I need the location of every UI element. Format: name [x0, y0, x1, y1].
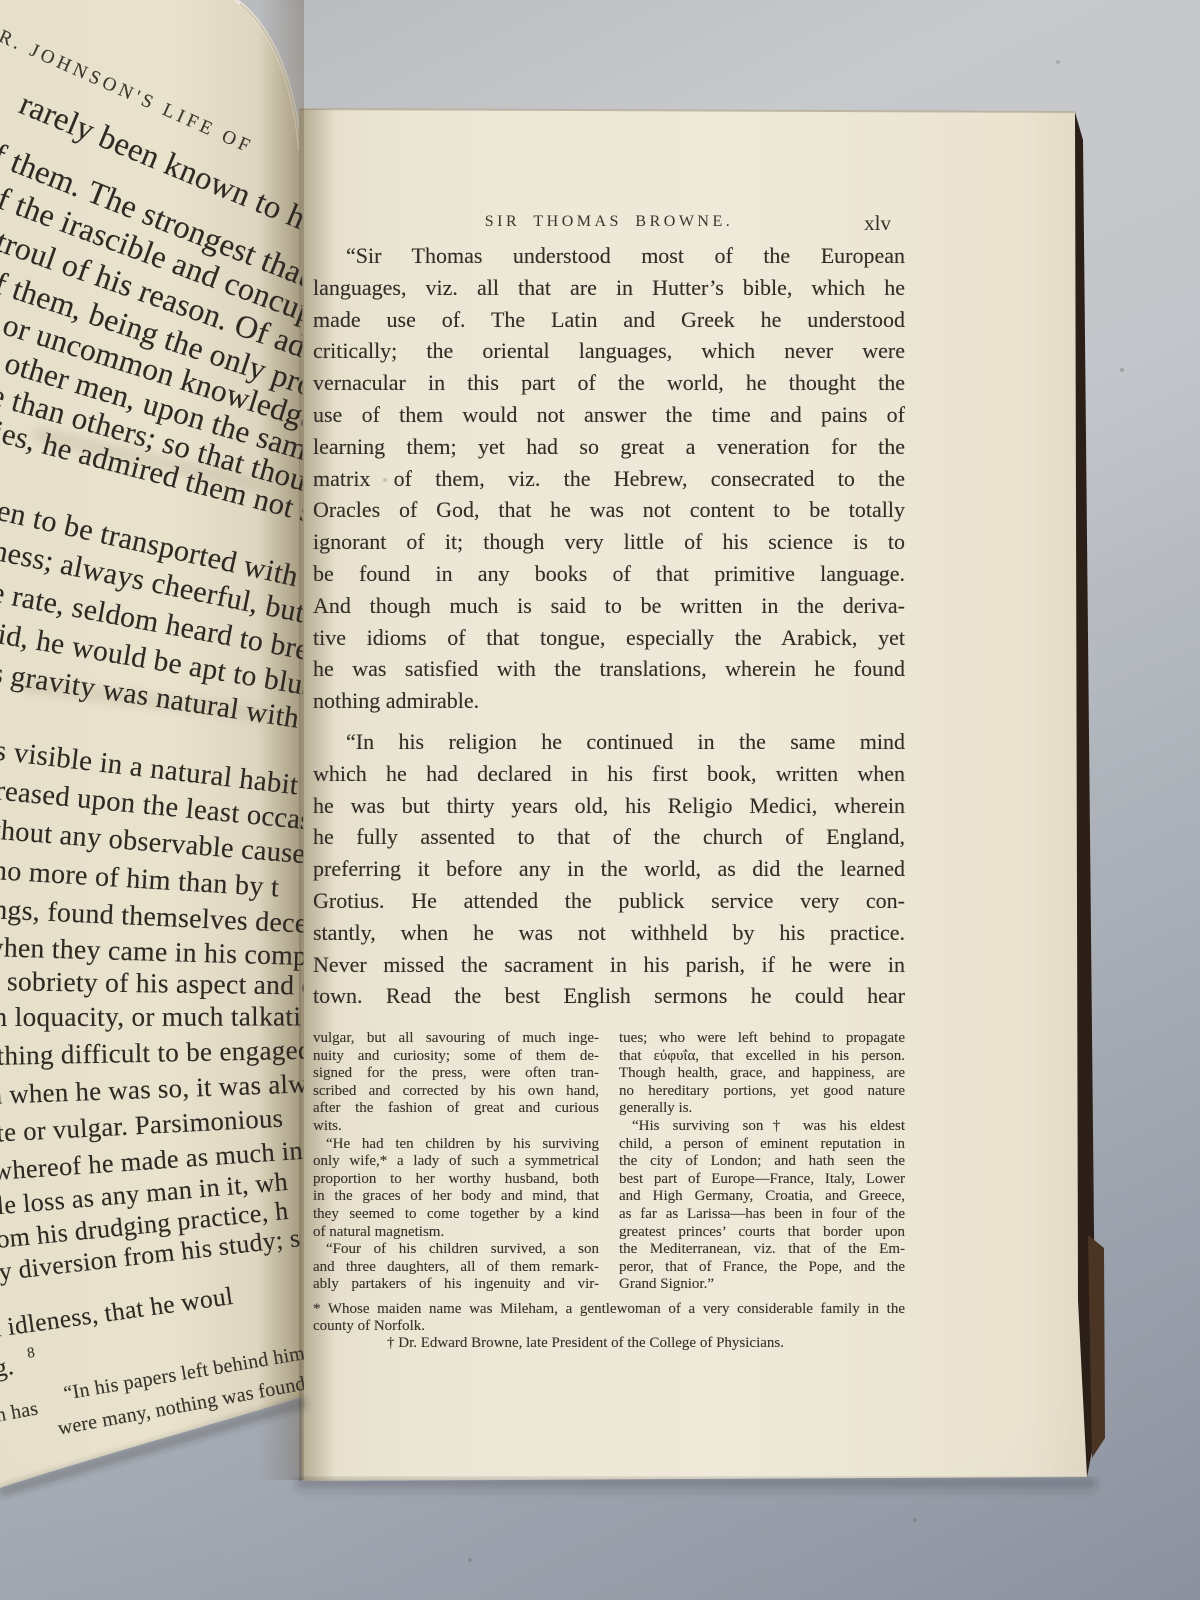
- footnote-line: “Four of his children survived, a son: [313, 1241, 599, 1259]
- footnote-line: signed for the press, were often tran-: [313, 1065, 599, 1083]
- bottom-footnote-line: county of Norfolk.: [313, 1318, 905, 1335]
- footnote-line: tues; who were left behind to propagate: [619, 1030, 905, 1048]
- footnote-line: generally is.: [619, 1100, 905, 1118]
- footnote-line: that εὐφυΐα, that excelled in his person…: [619, 1048, 905, 1066]
- left-page-line: n has: [0, 1398, 40, 1428]
- left-page-line: ething difficult to be engaged i: [0, 1034, 327, 1072]
- text-line: matrix of them, viz. the Hebrew, consecr…: [313, 463, 905, 495]
- main-text: “Sir Thomas understood most of the Europ…: [313, 240, 905, 1012]
- text-line: “Sir Thomas understood most of the Europ…: [313, 240, 905, 272]
- footnote-column-left: vulgar, but all savouring of much inge-n…: [313, 1030, 599, 1294]
- page-number: xlv: [864, 211, 891, 236]
- paragraph: “In his religion he continued in the sam…: [313, 726, 905, 1012]
- text-line: which he had declared in his first book,…: [313, 758, 905, 790]
- footnote-line: child, a person of eminent reputation in: [619, 1136, 905, 1154]
- paragraph: “Sir Thomas understood most of the Europ…: [313, 240, 905, 717]
- text-line: Oracles of God, that he was not content …: [313, 494, 905, 526]
- footnote-column-right: tues; who were left behind to propagatet…: [619, 1030, 905, 1294]
- footnote-line: ably partakers of his ingenuity and vir-: [313, 1276, 599, 1294]
- footnote-line: best part of Europe—France, Italy, Lower: [619, 1171, 905, 1189]
- footnote-line: in the graces of her body and mind, that: [313, 1188, 599, 1206]
- footnote-line: vulgar, but all savouring of much inge-: [313, 1030, 599, 1048]
- text-line: critically; the oriental languages, whic…: [313, 335, 905, 367]
- text-line: stantly, when he was not withheld by his…: [313, 917, 905, 949]
- text-line: “In his religion he continued in the sam…: [313, 726, 905, 758]
- text-line: nothing admirable.: [313, 685, 905, 717]
- text-line: preferring it before any in the world, a…: [313, 853, 905, 885]
- text-line: he was but thirty years old, his Religio…: [313, 790, 905, 822]
- footnote-line: and High Germany, Croatia, and Greece,: [619, 1188, 905, 1206]
- running-head-row: SIR THOMAS BROWNE. xlv: [313, 213, 905, 241]
- text-line: languages, viz. all that are in Hutter’s…: [313, 272, 905, 304]
- text-line: town. Read the best English sermons he c…: [313, 980, 905, 1012]
- footnote-line: Grand Signior.”: [619, 1276, 905, 1294]
- text-line: use of them would not answer the time an…: [313, 399, 905, 431]
- footnote-line: and three daughters, all of them remark-: [313, 1259, 599, 1277]
- footnote-line: the city of London; and hath seen the: [619, 1153, 905, 1171]
- footnote-line: greatest princes’ courts that border upo…: [619, 1224, 905, 1242]
- footnote-line: after the fashion of great and curious: [313, 1100, 599, 1118]
- text-line: learning them; yet had so great a venera…: [313, 431, 905, 463]
- footnote-line: wits.: [313, 1118, 599, 1136]
- book-photo: R. JOHNSON'S LIFE OFrarely been known to…: [0, 0, 1200, 1600]
- footnote-line: “His surviving son† was his eldest: [619, 1118, 905, 1136]
- left-page-text: R. JOHNSON'S LIFE OFrarely been known to…: [0, 0, 320, 1500]
- bottom-footnote-line: * Whose maiden name was Mileham, a gentl…: [313, 1301, 905, 1318]
- footnote-columns: vulgar, but all savouring of much inge-n…: [313, 1030, 905, 1294]
- footnote-line: only wife,* a lady of such a symmetrical: [313, 1153, 599, 1171]
- footnote-line: scribed and corrected by his own hand,: [313, 1083, 599, 1101]
- right-page-text: SIR THOMAS BROWNE. xlv “Sir Thomas under…: [313, 109, 905, 1481]
- text-line: vernacular in this part of the world, he…: [313, 367, 905, 399]
- bottom-footnotes: * Whose maiden name was Mileham, a gentl…: [313, 1301, 905, 1352]
- footnote-line: Though health, grace, and happiness, are: [619, 1065, 905, 1083]
- text-line: tive idioms of that tongue, especially t…: [313, 622, 905, 654]
- left-page-line: 8: [26, 1345, 36, 1363]
- footnote-line: proportion to her worthy husband, both: [313, 1171, 599, 1189]
- left-page-line: d sobriety of his aspect and co: [0, 965, 328, 1002]
- footnote-line: peror, that of France, the Pope, and the: [619, 1259, 905, 1277]
- text-line: And though much is said to be written in…: [313, 590, 905, 622]
- footnote-line: no hereditary portions, yet good nature: [619, 1083, 905, 1101]
- text-line: Never missed the sacrament in his parish…: [313, 949, 905, 981]
- text-line: he fully assented to that of the church …: [313, 821, 905, 853]
- left-page-line: g.: [0, 1352, 16, 1384]
- text-line: ignorant of it; though very little of hi…: [313, 526, 905, 558]
- text-line: he was satisfied with the translations, …: [313, 653, 905, 685]
- footnote-line: the Mediterranean, viz. that of the Em-: [619, 1241, 905, 1259]
- running-head: SIR THOMAS BROWNE.: [313, 213, 905, 231]
- footnote-line: “He had ten children by his surviving: [313, 1136, 599, 1154]
- left-page-line: d idleness, that he woul: [0, 1281, 235, 1345]
- text-line: be found in any books of that primitive …: [313, 558, 905, 590]
- footnote-line: they seemed to come together by a kind: [313, 1206, 599, 1224]
- footnote-line: nuity and curiosity; some of them de-: [313, 1048, 599, 1066]
- left-page-line: m loquacity, or much talkati: [0, 1001, 301, 1033]
- text-line: Grotius. He attended the publick service…: [313, 885, 905, 917]
- footnote-line: of natural magnetism.: [313, 1224, 599, 1242]
- footnote-line: as far as Larissa—has been in four of th…: [619, 1206, 905, 1224]
- text-line: made use of. The Latin and Greek he unde…: [313, 304, 905, 336]
- bottom-footnote-line: † Dr. Edward Browne, late President of t…: [313, 1335, 905, 1352]
